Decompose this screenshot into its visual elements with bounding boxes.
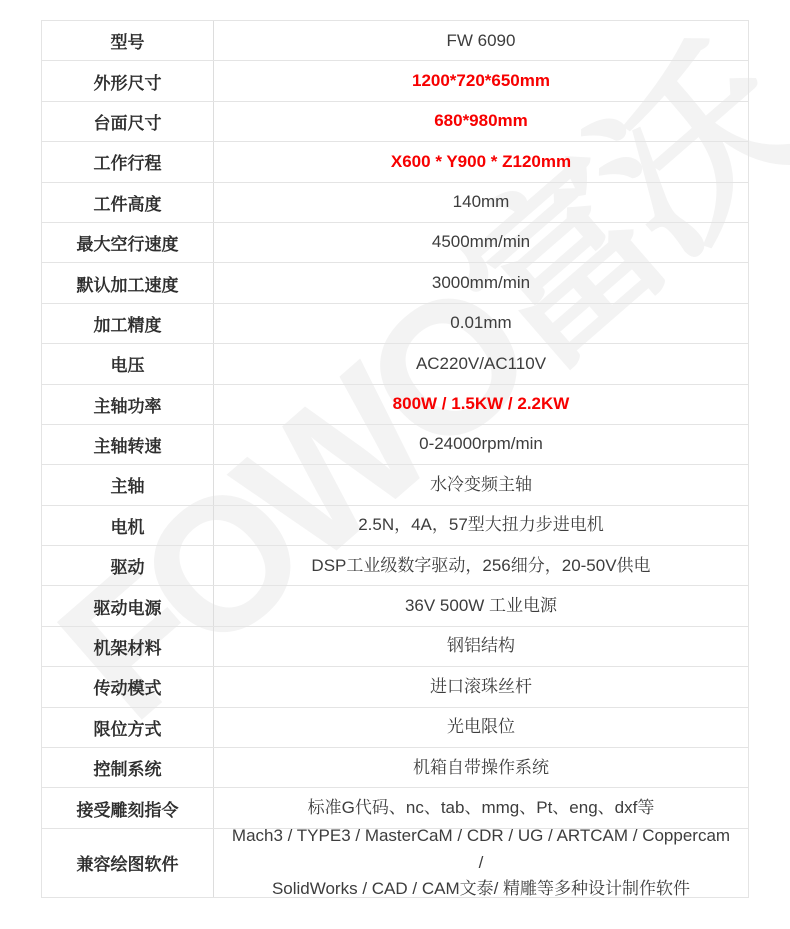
spec-label: 接受雕刻指令: [42, 788, 214, 827]
spec-row: 兼容绘图软件Mach3 / TYPE3 / MasterCaM / CDR / …: [42, 829, 748, 897]
spec-row: 工件高度140mm: [42, 183, 748, 223]
spec-label: 工作行程: [42, 142, 214, 181]
spec-value: 800W / 1.5KW / 2.2KW: [214, 385, 748, 424]
spec-label: 驱动: [42, 546, 214, 585]
spec-label: 加工精度: [42, 304, 214, 343]
spec-value: DSP工业级数字驱动，256细分，20-50V供电: [214, 546, 748, 585]
spec-row: 外形尺寸1200*720*650mm: [42, 61, 748, 101]
spec-label: 最大空行速度: [42, 223, 214, 262]
spec-value: 钢铝结构: [214, 627, 748, 666]
spec-row: 默认加工速度3000mm/min: [42, 263, 748, 303]
spec-value: AC220V/AC110V: [214, 344, 748, 383]
spec-label: 电压: [42, 344, 214, 383]
spec-row: 控制系统机箱自带操作系统: [42, 748, 748, 788]
spec-label: 主轴转速: [42, 425, 214, 464]
spec-row: 限位方式光电限位: [42, 708, 748, 748]
spec-row: 最大空行速度4500mm/min: [42, 223, 748, 263]
spec-value: 140mm: [214, 183, 748, 222]
spec-label: 控制系统: [42, 748, 214, 787]
spec-value: 光电限位: [214, 708, 748, 747]
spec-value: 4500mm/min: [214, 223, 748, 262]
spec-row: 台面尺寸680*980mm: [42, 102, 748, 142]
spec-row: 驱动DSP工业级数字驱动，256细分，20-50V供电: [42, 546, 748, 586]
spec-label: 驱动电源: [42, 586, 214, 625]
spec-value: 进口滚珠丝杆: [214, 667, 748, 706]
spec-value: 水冷变频主轴: [214, 465, 748, 504]
spec-row: 主轴水冷变频主轴: [42, 465, 748, 505]
spec-value: 机箱自带操作系统: [214, 748, 748, 787]
spec-value: 680*980mm: [214, 102, 748, 141]
spec-row: 机架材料钢铝结构: [42, 627, 748, 667]
spec-label: 主轴功率: [42, 385, 214, 424]
spec-label: 限位方式: [42, 708, 214, 747]
spec-row: 型号FW 6090: [42, 21, 748, 61]
spec-value: 36V 500W 工业电源: [214, 586, 748, 625]
spec-row: 主轴功率800W / 1.5KW / 2.2KW: [42, 385, 748, 425]
spec-value: 3000mm/min: [214, 263, 748, 302]
spec-row: 电机2.5N，4A，57型大扭力步进电机: [42, 506, 748, 546]
spec-label: 电机: [42, 506, 214, 545]
spec-row: 传动模式进口滚珠丝杆: [42, 667, 748, 707]
spec-row: 驱动电源36V 500W 工业电源: [42, 586, 748, 626]
spec-label: 机架材料: [42, 627, 214, 666]
spec-value: 0.01mm: [214, 304, 748, 343]
spec-label: 型号: [42, 21, 214, 60]
spec-value: X600 * Y900 * Z120mm: [214, 142, 748, 181]
spec-row: 工作行程X600 * Y900 * Z120mm: [42, 142, 748, 182]
spec-label: 工件高度: [42, 183, 214, 222]
spec-value: 0-24000rpm/min: [214, 425, 748, 464]
spec-value: 标准G代码、nc、tab、mmg、Pt、eng、dxf等: [214, 788, 748, 827]
spec-row: 电压AC220V/AC110V: [42, 344, 748, 384]
spec-label: 外形尺寸: [42, 61, 214, 100]
spec-label: 默认加工速度: [42, 263, 214, 302]
spec-row: 主轴转速0-24000rpm/min: [42, 425, 748, 465]
spec-label: 传动模式: [42, 667, 214, 706]
spec-label: 台面尺寸: [42, 102, 214, 141]
spec-row: 加工精度0.01mm: [42, 304, 748, 344]
spec-sheet-page: FOWO富沃 型号FW 6090外形尺寸1200*720*650mm台面尺寸68…: [0, 0, 790, 929]
spec-table: 型号FW 6090外形尺寸1200*720*650mm台面尺寸680*980mm…: [41, 20, 749, 898]
spec-value: FW 6090: [214, 21, 748, 60]
spec-label: 兼容绘图软件: [42, 829, 214, 897]
spec-label: 主轴: [42, 465, 214, 504]
spec-value: 2.5N，4A，57型大扭力步进电机: [214, 506, 748, 545]
spec-value: 1200*720*650mm: [214, 61, 748, 100]
spec-value: Mach3 / TYPE3 / MasterCaM / CDR / UG / A…: [214, 829, 748, 897]
